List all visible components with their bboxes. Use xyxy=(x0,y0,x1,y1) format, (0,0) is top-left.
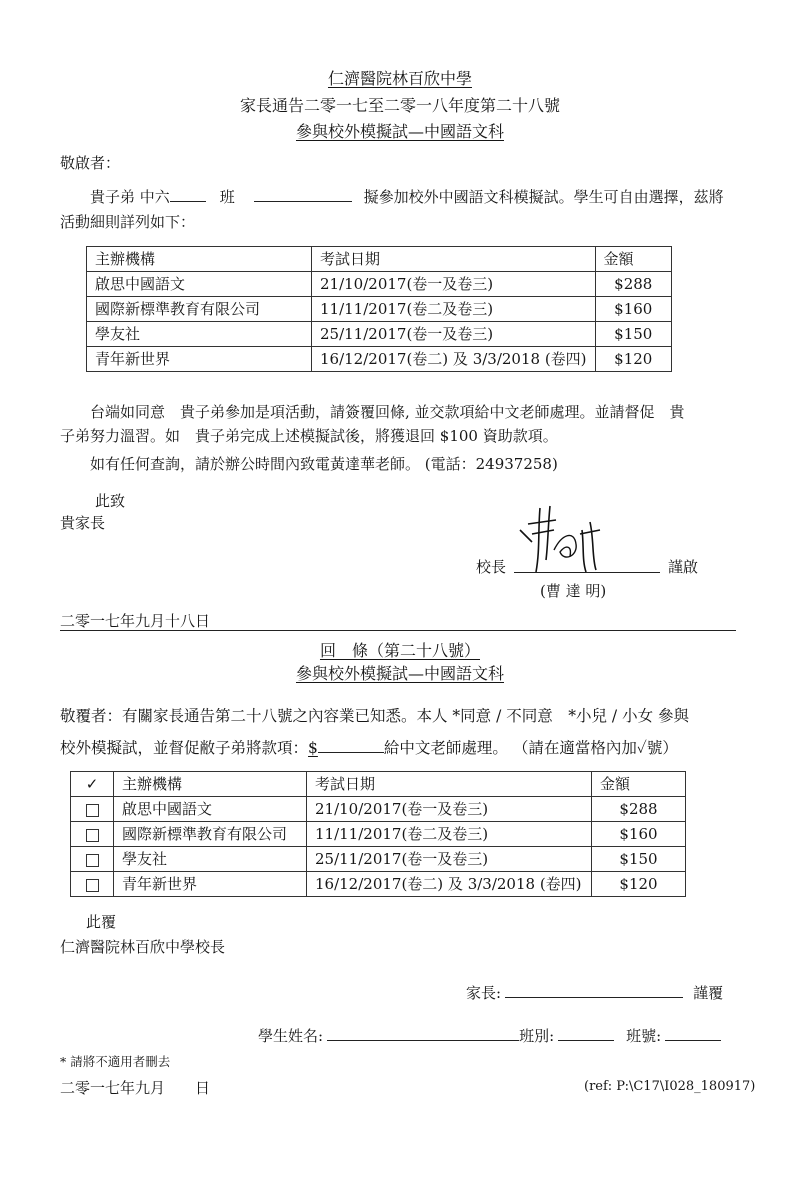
salutation: 敬啟者： xyxy=(60,152,120,173)
exam-table: 主辦機構 考試日期 金額 啟思中國語文 21/10/2017(卷一及卷三) $2… xyxy=(86,246,672,372)
reply-exam-table: ✓ 主辦機構 考試日期 金額 啟思中國語文 21/10/2017(卷一及卷三) … xyxy=(70,771,686,897)
class-blank[interactable] xyxy=(170,187,206,202)
date-cell: 16/12/2017(卷二) 及 3/3/2018 (卷四) xyxy=(307,872,592,897)
amount-cell: $150 xyxy=(592,847,686,872)
student-name-field[interactable] xyxy=(327,1026,519,1041)
signature-image xyxy=(510,500,620,576)
amount-cell: $150 xyxy=(595,322,671,347)
notice-date: 二零一七年九月十八日 xyxy=(60,610,210,631)
organizer-cell: 學友社 xyxy=(87,322,312,347)
amount-cell: $120 xyxy=(592,872,686,897)
header-amount: 金額 xyxy=(595,247,671,272)
reply-line-2: 校外模擬試，並督促敝子弟將款項：$給中文老師處理。 （請在適當格內加✓號） xyxy=(60,736,678,758)
reply-subject: 參與校外模擬試—中國語文科 xyxy=(0,661,800,684)
parent-signature-row: 家長:謹覆 xyxy=(466,982,723,1003)
principal-name: (曹 達 明) xyxy=(540,580,606,601)
header-date: 考試日期 xyxy=(312,247,596,272)
reply-closing-2: 仁濟醫院林百欣中學校長 xyxy=(60,936,225,957)
closing-1: 此致 xyxy=(95,490,125,511)
paragraph-2: 如有任何查詢，請於辦公時間內致電黃達華老師。 (電話：24937258) xyxy=(90,453,558,474)
organizer-cell: 青年新世界 xyxy=(114,872,307,897)
student-name-blank[interactable] xyxy=(254,187,352,202)
school-name: 仁濟醫院林百欣中學 xyxy=(0,66,800,89)
organizer-cell: 國際新標準教育有限公司 xyxy=(87,297,312,322)
parent-signature-field[interactable] xyxy=(505,983,683,998)
table-row: 學友社 25/11/2017(卷一及卷三) $150 xyxy=(71,847,686,872)
date-cell: 21/10/2017(卷一及卷三) xyxy=(312,272,596,297)
amount-cell: $120 xyxy=(595,347,671,372)
amount-cell: $160 xyxy=(595,297,671,322)
table-row: 國際新標準教育有限公司 11/11/2017(卷二及卷三) $160 xyxy=(87,297,672,322)
reply-date: 二零一七年九月 日 xyxy=(60,1077,210,1098)
notice-title: 家長通告二零一七至二零一八年度第二十八號 xyxy=(0,93,800,116)
header-organizer: 主辦機構 xyxy=(87,247,312,272)
reply-line-2-text: 校外模擬試，並督促敝子弟將款項： xyxy=(60,739,308,757)
table-row: 啟思中國語文 21/10/2017(卷一及卷三) $288 xyxy=(87,272,672,297)
organizer-cell: 啟思中國語文 xyxy=(114,797,307,822)
principal-label: 校長 xyxy=(476,556,506,577)
intro-text-1: 貴子弟 中六 xyxy=(90,188,170,206)
organizer-cell: 啟思中國語文 xyxy=(87,272,312,297)
reply-line-1: 敬覆者：有關家長通告第二十八號之內容業已知悉。本人 *同意 / 不同意 *小兒 … xyxy=(60,704,689,726)
date-cell: 11/11/2017(卷二及卷三) xyxy=(312,297,596,322)
checkbox[interactable] xyxy=(86,854,99,867)
intro-text-2: 擬參加校外中國語文科模擬試。學生可自由選擇，茲將 xyxy=(364,188,724,206)
class-label: 班別: xyxy=(519,1027,554,1045)
checkbox[interactable] xyxy=(86,829,99,842)
student-info-row: 學生姓名:班別:班號: xyxy=(258,1025,721,1046)
class-no-label: 班號: xyxy=(626,1027,661,1045)
organizer-cell: 青年新世界 xyxy=(87,347,312,372)
table-row: 青年新世界 16/12/2017(卷二) 及 3/3/2018 (卷四) $12… xyxy=(87,347,672,372)
intro-line-2: 活動細則詳列如下： xyxy=(60,211,195,232)
table-row: 學友社 25/11/2017(卷一及卷三) $150 xyxy=(87,322,672,347)
table-row: 啟思中國語文 21/10/2017(卷一及卷三) $288 xyxy=(71,797,686,822)
header-check: ✓ xyxy=(71,772,114,797)
amount-blank[interactable] xyxy=(318,738,384,753)
table-row: 國際新標準教育有限公司 11/11/2017(卷二及卷三) $160 xyxy=(71,822,686,847)
table-header-row: 主辦機構 考試日期 金額 xyxy=(87,247,672,272)
amount-cell: $288 xyxy=(595,272,671,297)
principal-closing: 謹啟 xyxy=(668,556,698,577)
class-no-field[interactable] xyxy=(665,1026,721,1041)
date-cell: 25/11/2017(卷一及卷三) xyxy=(312,322,596,347)
closing-2: 貴家長 xyxy=(60,512,105,533)
amount-cell: $160 xyxy=(592,822,686,847)
date-cell: 16/12/2017(卷二) 及 3/3/2018 (卷四) xyxy=(312,347,596,372)
table-header-row: ✓ 主辦機構 考試日期 金額 xyxy=(71,772,686,797)
date-cell: 11/11/2017(卷二及卷三) xyxy=(307,822,592,847)
table-row: 青年新世界 16/12/2017(卷二) 及 3/3/2018 (卷四) $12… xyxy=(71,872,686,897)
amount-cell: $288 xyxy=(592,797,686,822)
reference-code: (ref: P:\C17\I028_180917) xyxy=(584,1079,755,1094)
notice-subject: 參與校外模擬試—中國語文科 xyxy=(0,119,800,142)
organizer-cell: 學友社 xyxy=(114,847,307,872)
paragraph-1-line-1: 台端如同意 貴子弟參加是項活動，請簽覆回條, 並交款項給中文老師處理。並請督促 … xyxy=(90,401,685,422)
header-amount: 金額 xyxy=(592,772,686,797)
parent-label: 家長: xyxy=(466,984,501,1002)
parent-closing: 謹覆 xyxy=(693,984,723,1002)
organizer-cell: 國際新標準教育有限公司 xyxy=(114,822,307,847)
class-field[interactable] xyxy=(558,1026,614,1041)
reply-title: 回 條（第二十八號） xyxy=(0,638,800,661)
reply-closing-1: 此覆 xyxy=(86,911,116,932)
class-label: 班 xyxy=(220,188,235,206)
intro-line-1: 貴子弟 中六班 擬參加校外中國語文科模擬試。學生可自由選擇，茲將 xyxy=(90,186,724,207)
reply-line-2-text-end: 給中文老師處理。 （請在適當格內加✓號） xyxy=(384,739,678,757)
checkbox[interactable] xyxy=(86,804,99,817)
header-organizer: 主辦機構 xyxy=(114,772,307,797)
student-name-label: 學生姓名: xyxy=(258,1027,323,1045)
checkbox[interactable] xyxy=(86,879,99,892)
footnote: * 請將不適用者刪去 xyxy=(60,1052,170,1070)
section-divider xyxy=(60,630,736,631)
date-cell: 21/10/2017(卷一及卷三) xyxy=(307,797,592,822)
paragraph-1-line-2: 子弟努力溫習。如 貴子弟完成上述模擬試後，將獲退回 $100 資助款項。 xyxy=(60,425,558,446)
header-date: 考試日期 xyxy=(307,772,592,797)
dollar-sign: $ xyxy=(308,739,318,757)
date-cell: 25/11/2017(卷一及卷三) xyxy=(307,847,592,872)
